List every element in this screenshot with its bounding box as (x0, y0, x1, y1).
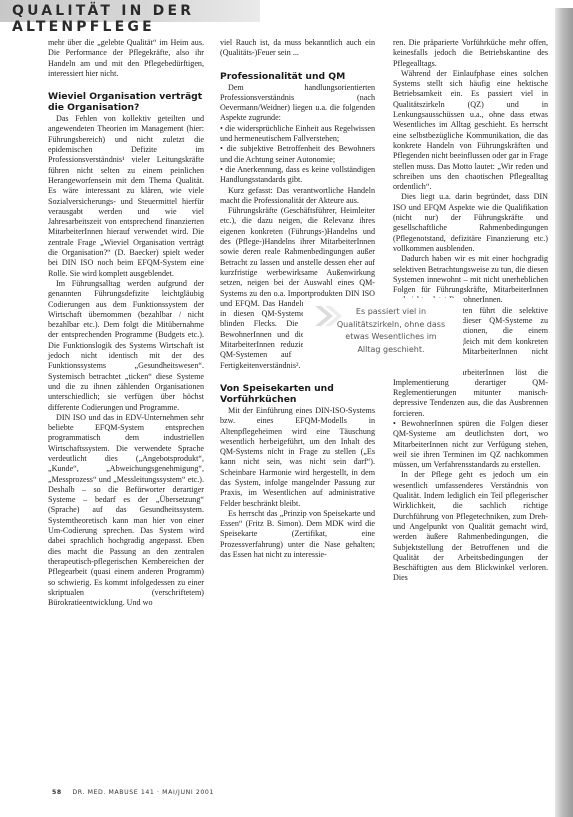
page-spine-shadow (555, 8, 573, 817)
section-heading: Von Speisekarten und Vorführküchen (220, 383, 375, 405)
running-title: QUALITÄT IN DER ALTENPFLEGE (12, 3, 260, 35)
pull-quote: Es passiert viel in Qualitätszirkeln, oh… (303, 298, 463, 378)
section-heading: Professionalität und QM (220, 71, 375, 82)
paragraph: Mit der Einführung eines DIN-ISO-Systems… (220, 406, 375, 509)
paragraph: Kurz gefasst: Das verantwortliche Handel… (220, 186, 375, 207)
paragraph: Im Führungsalltag werden aufgrund der ge… (48, 279, 204, 413)
paragraph: Während der Einlaufphase eines solchen S… (393, 69, 548, 193)
page-footer: 58 DR. MED. MABUSE 141 · MAI/JUNI 2001 (52, 789, 214, 796)
quote-arrow-icon (313, 302, 343, 330)
paragraph: viel Rauch ist, da muss bekanntlich auch… (220, 38, 375, 59)
bullet-item: • BewohnerInnen spüren die Folgen dieser… (393, 419, 548, 470)
paragraph: mehr über die „gelebte Qualität“ im Heim… (48, 38, 204, 79)
paragraph: Dies liegt u.a. darin begründet, dass DI… (393, 192, 548, 254)
text-column-1: mehr über die „gelebte Qualität“ im Heim… (48, 38, 204, 608)
paragraph: DIN ISO und das in EDV-Unternehmen sehr … (48, 413, 204, 609)
paragraph: Das Fehlen von kollektiv geteilten und a… (48, 114, 204, 279)
publication-info: DR. MED. MABUSE 141 · MAI/JUNI 2001 (72, 789, 214, 796)
running-header-band: QUALITÄT IN DER ALTENPFLEGE (0, 0, 260, 22)
paragraph: In der Pflege geht es jedoch um ein wese… (393, 470, 548, 583)
bullet-item: • die subjektive Betroffenheit des Bewoh… (220, 144, 375, 165)
bullet-item: • die Anerkennung, dass es keine vollstä… (220, 165, 375, 186)
page-number: 58 (52, 789, 62, 796)
paragraph: Dem handlungsorientierten Professionsver… (220, 83, 375, 124)
paragraph: Es herrscht das „Prinzip von Speisekarte… (220, 509, 375, 560)
bullet-item: • die widersprüchliche Einheit aus Regel… (220, 124, 375, 145)
section-heading: Wieviel Organisation verträgt die Organi… (48, 91, 204, 113)
paragraph: ren. Die präparierte Vorführküche mehr o… (393, 38, 548, 69)
